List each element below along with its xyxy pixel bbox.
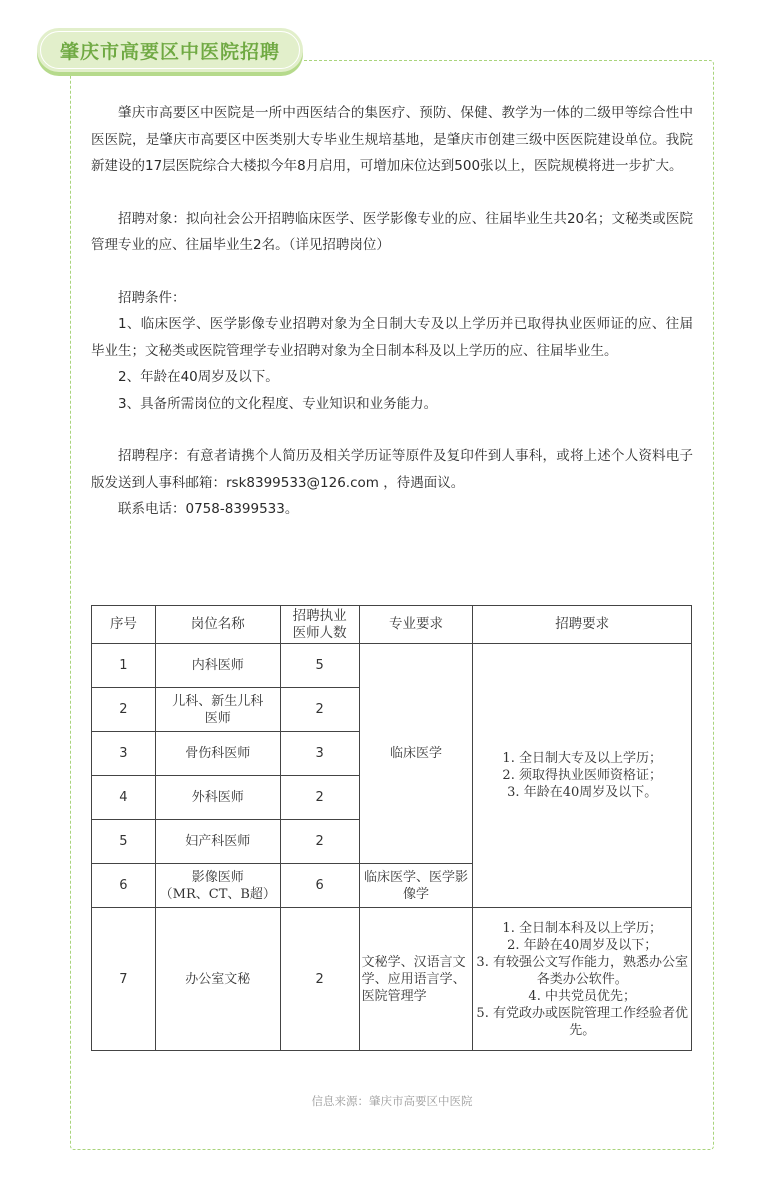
cell-no: 7 xyxy=(92,908,156,1051)
req-item: 1. 全日制大专及以上学历； xyxy=(475,750,689,767)
req-item: 3. 有较强公文写作能力，熟悉办公室各类办公软件。 xyxy=(475,954,689,988)
cell-count: 3 xyxy=(280,732,359,776)
phone-paragraph: 联系电话：0758-8399533。 xyxy=(91,496,693,523)
req-item: 1. 全日制本科及以上学历； xyxy=(475,920,689,937)
req-item: 2. 年龄在40周岁及以下； xyxy=(475,937,689,954)
cell-no: 4 xyxy=(92,776,156,820)
cell-count: 2 xyxy=(280,776,359,820)
cell-count: 2 xyxy=(280,820,359,864)
procedure-paragraph: 招聘程序：有意者请携个人简历及相关学历证等原件及复印件到人事科，或将上述个人资料… xyxy=(91,443,693,496)
header-position: 岗位名称 xyxy=(155,606,280,644)
table-row: 1 内科医师 5 临床医学 1. 全日制大专及以上学历； 2. 须取得执业医师资… xyxy=(92,644,692,688)
cell-position: 办公室文秘 xyxy=(155,908,280,1051)
positions-table: 序号 岗位名称 招聘执业 医师人数 专业要求 招聘要求 1 内科医师 5 临床医… xyxy=(91,605,692,1051)
table-row: 7 办公室文秘 2 文秘学、汉语言文学、应用语言学、医院管理学 1. 全日制本科… xyxy=(92,908,692,1051)
header-major: 专业要求 xyxy=(359,606,473,644)
cell-position: 骨伤科医师 xyxy=(155,732,280,776)
target-paragraph: 招聘对象：拟向社会公开招聘临床医学、医学影像专业的应、往届毕业生共20名；文秘类… xyxy=(91,206,693,259)
cell-no: 1 xyxy=(92,644,156,688)
page-title: 肇庆市高要区中医院招聘 xyxy=(60,37,280,64)
cell-count: 6 xyxy=(280,864,359,908)
source-note: 信息来源：肇庆市高要区中医院 xyxy=(0,1093,784,1109)
cell-requirements-office: 1. 全日制本科及以上学历； 2. 年龄在40周岁及以下； 3. 有较强公文写作… xyxy=(473,908,692,1051)
req-item: 4. 中共党员优先； xyxy=(475,988,689,1005)
cell-position: 妇产科医师 xyxy=(155,820,280,864)
article-body: 肇庆市高要区中医院是一所中西医结合的集医疗、预防、保健、教学为一体的二级甲等综合… xyxy=(91,100,693,523)
cell-count: 2 xyxy=(280,908,359,1051)
cell-major: 文秘学、汉语言文学、应用语言学、医院管理学 xyxy=(359,908,473,1051)
cell-position: 内科医师 xyxy=(155,644,280,688)
cell-requirements-clinical: 1. 全日制大专及以上学历； 2. 须取得执业医师资格证； 3. 年龄在40周岁… xyxy=(473,644,692,908)
header-requirements: 招聘要求 xyxy=(473,606,692,644)
header-count-line1: 招聘执业 xyxy=(283,608,357,625)
header-no: 序号 xyxy=(92,606,156,644)
table-header-row: 序号 岗位名称 招聘执业 医师人数 专业要求 招聘要求 xyxy=(92,606,692,644)
cell-no: 2 xyxy=(92,688,156,732)
req-item: 3. 年龄在40周岁及以下。 xyxy=(475,784,689,801)
req-item: 2. 须取得执业医师资格证； xyxy=(475,767,689,784)
header-count-line2: 医师人数 xyxy=(283,625,357,642)
cell-position: 影像医师 （MR、CT、B超） xyxy=(155,864,280,908)
cell-major: 临床医学、医学影像学 xyxy=(359,864,473,908)
cell-count: 5 xyxy=(280,644,359,688)
position-line: （MR、CT、B超） xyxy=(158,886,278,903)
cell-major-clinical: 临床医学 xyxy=(359,644,473,864)
cell-no: 6 xyxy=(92,864,156,908)
cell-count: 2 xyxy=(280,688,359,732)
cell-no: 5 xyxy=(92,820,156,864)
cell-position: 儿科、新生儿科 医师 xyxy=(155,688,280,732)
condition-3: 3、具备所需岗位的文化程度、专业知识和业务能力。 xyxy=(91,391,693,418)
title-banner: 肇庆市高要区中医院招聘 xyxy=(37,28,303,72)
conditions-heading: 招聘条件： xyxy=(91,285,693,312)
position-line: 医师 xyxy=(158,710,278,727)
intro-paragraph: 肇庆市高要区中医院是一所中西医结合的集医疗、预防、保健、教学为一体的二级甲等综合… xyxy=(91,100,693,180)
condition-2: 2、年龄在40周岁及以下。 xyxy=(91,364,693,391)
position-line: 影像医师 xyxy=(158,869,278,886)
cell-no: 3 xyxy=(92,732,156,776)
header-count: 招聘执业 医师人数 xyxy=(280,606,359,644)
position-line: 儿科、新生儿科 xyxy=(158,693,278,710)
req-item: 5. 有党政办或医院管理工作经验者优先。 xyxy=(475,1005,689,1039)
cell-position: 外科医师 xyxy=(155,776,280,820)
condition-1: 1、临床医学、医学影像专业招聘对象为全日制大专及以上学历并已取得执业医师证的应、… xyxy=(91,311,693,364)
